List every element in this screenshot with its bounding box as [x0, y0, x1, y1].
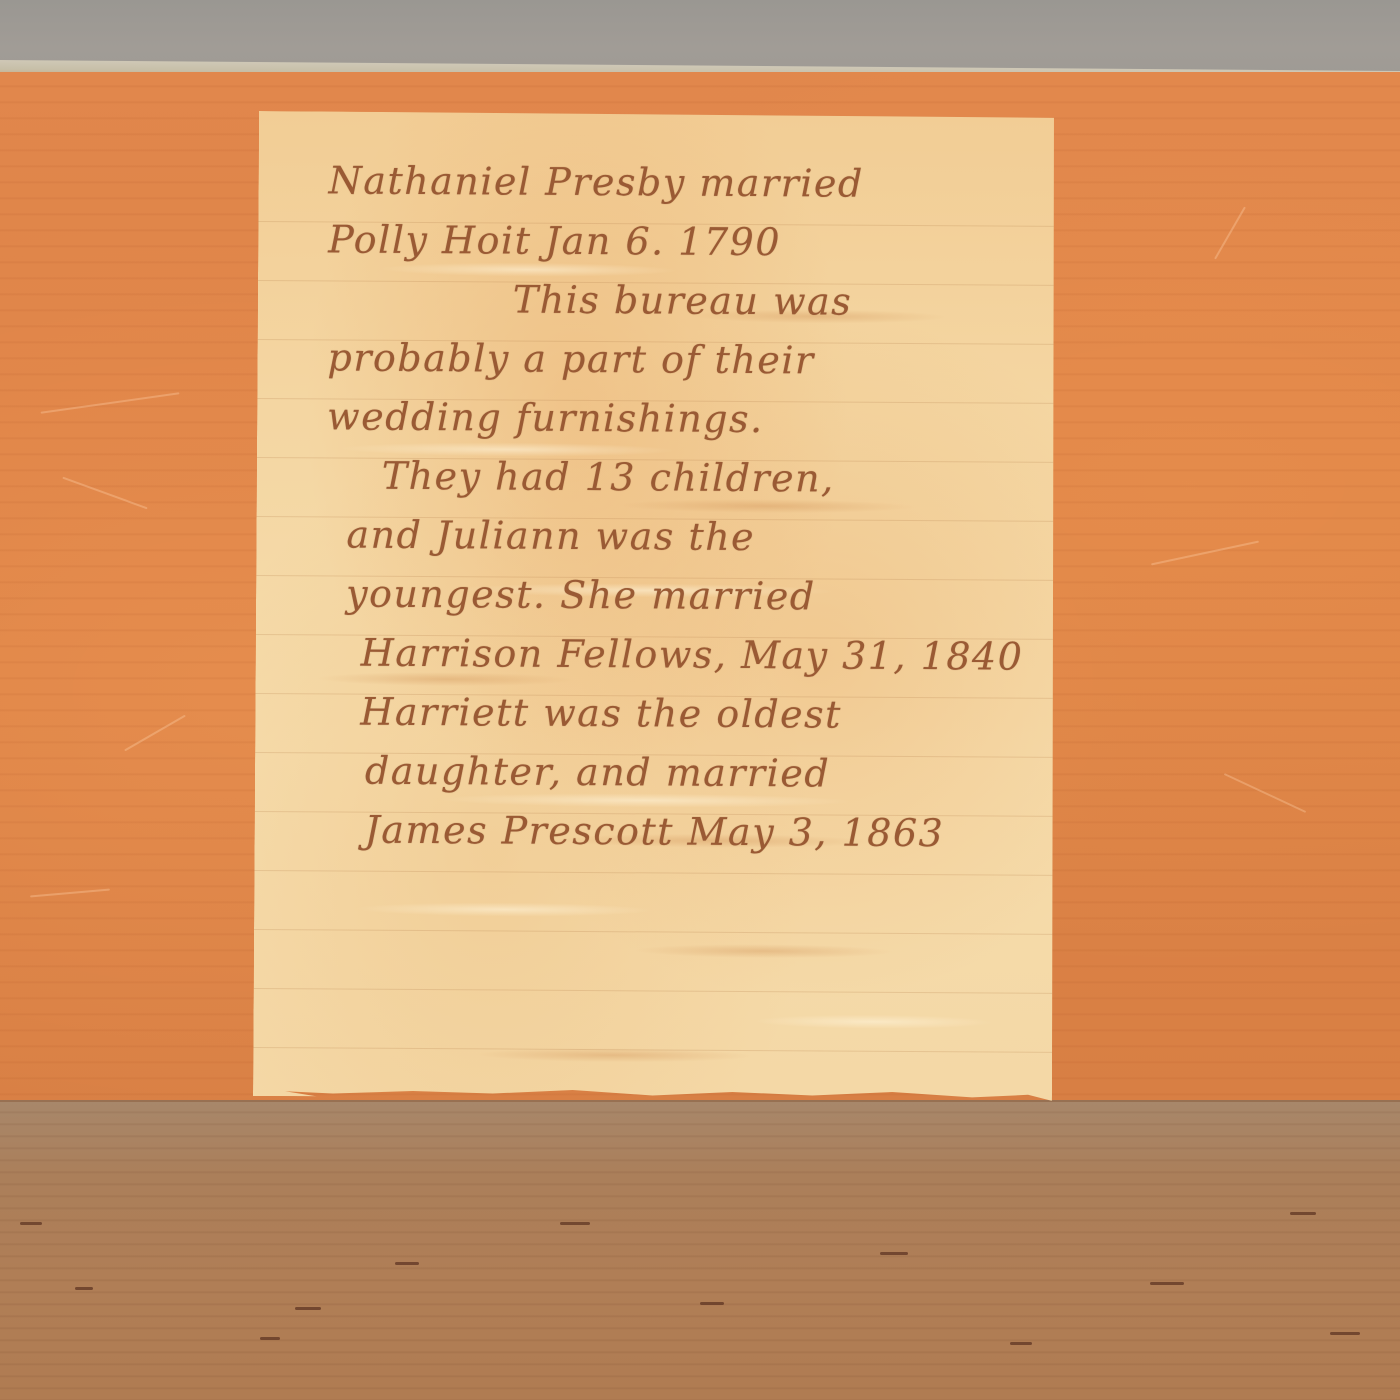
wood-scratch	[62, 477, 147, 510]
grain-fleck	[295, 1307, 321, 1310]
grain-fleck	[20, 1222, 42, 1225]
note-line: and Juliann was the	[326, 505, 1026, 568]
note-line: Harriett was the oldest	[325, 682, 1025, 745]
ruled-line	[254, 870, 1053, 876]
grain-fleck	[75, 1287, 93, 1290]
note-line: Polly Hoit Jan 6. 1790	[328, 210, 1028, 273]
wood-scratch	[1214, 207, 1246, 260]
drawer-bottom-board	[0, 1102, 1400, 1400]
handwritten-text: Nathaniel Presby married Polly Hoit Jan …	[324, 151, 1028, 863]
handwritten-note: Nathaniel Presby married Polly Hoit Jan …	[253, 111, 1058, 1101]
paper-crease	[634, 943, 894, 959]
note-line: Nathaniel Presby married	[328, 151, 1028, 214]
ruled-line	[254, 988, 1053, 994]
note-line: Harrison Fellows, May 31, 1840	[326, 623, 1026, 686]
grain-fleck	[700, 1302, 724, 1305]
paper-crease	[753, 1014, 993, 1029]
grain-fleck	[260, 1337, 280, 1340]
grain-fleck	[395, 1262, 419, 1265]
note-line: probably a part of their	[327, 328, 1027, 391]
grain-fleck	[560, 1222, 590, 1225]
grain-fleck	[1330, 1332, 1360, 1335]
wood-scratch	[124, 715, 186, 752]
note-line: This bureau was	[328, 269, 1028, 332]
grain-fleck	[880, 1252, 908, 1255]
note-line: James Prescott May 3, 1863	[324, 800, 1024, 863]
note-line: youngest. She married	[326, 564, 1026, 627]
note-line: wedding furnishings.	[327, 387, 1027, 450]
photo-scene: Nathaniel Presby married Polly Hoit Jan …	[0, 0, 1400, 1400]
grain-fleck	[1010, 1342, 1032, 1345]
wood-scratch	[1151, 541, 1259, 566]
wood-scratch	[1224, 773, 1306, 813]
grain-fleck	[1150, 1282, 1184, 1285]
ruled-line	[254, 929, 1053, 935]
note-line: They had 13 children,	[327, 446, 1027, 509]
paper-crease	[354, 902, 654, 918]
wood-scratch	[30, 889, 110, 898]
note-line: daughter, and married	[325, 741, 1025, 804]
wood-scratch	[41, 392, 180, 413]
grain-fleck	[1290, 1212, 1316, 1215]
